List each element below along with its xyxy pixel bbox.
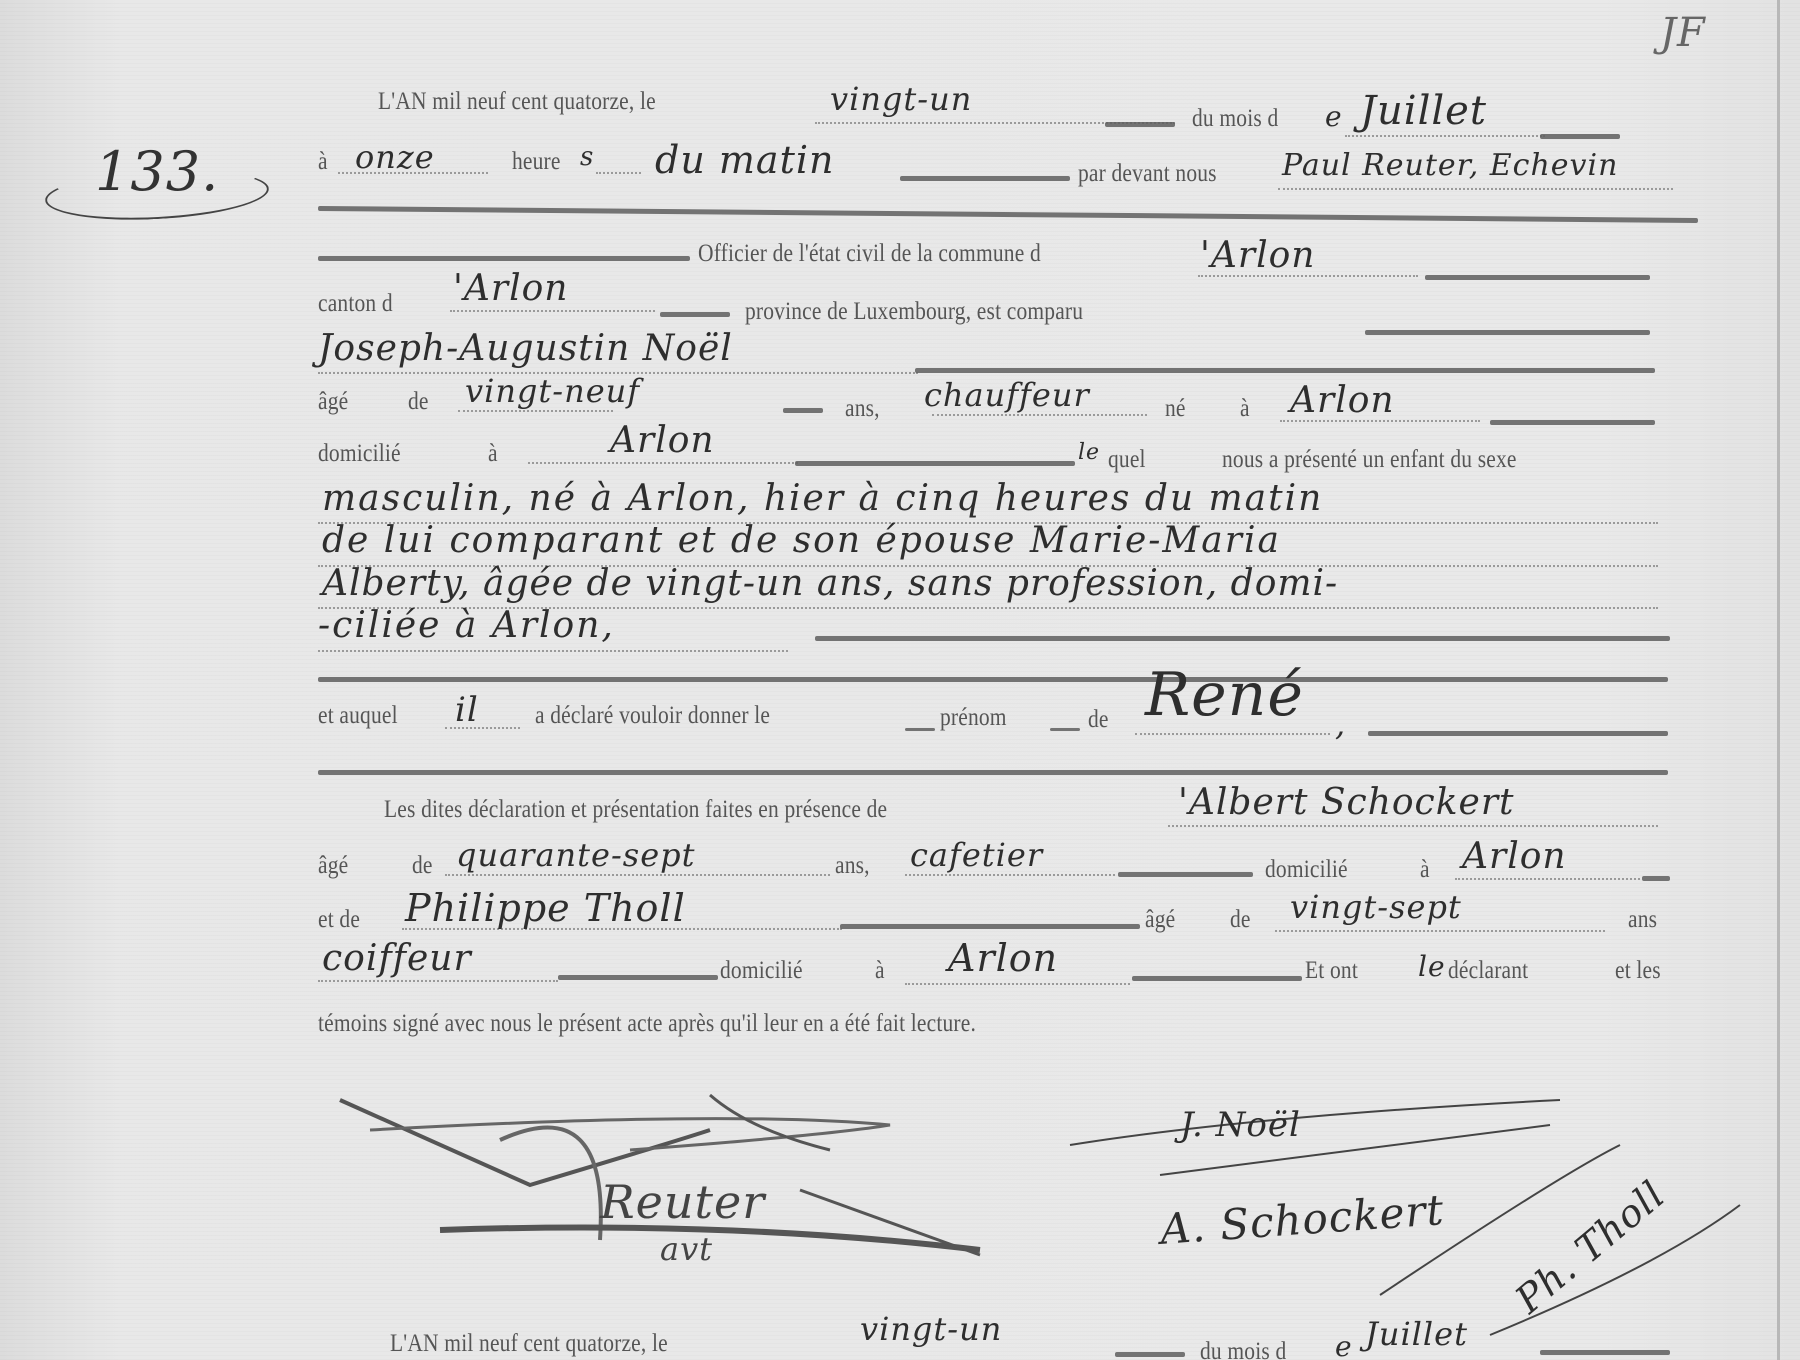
text-canton: canton d — [318, 290, 393, 318]
text-domicilie: domicilié — [318, 440, 401, 468]
text-domicilie: domicilié — [720, 957, 803, 985]
filler-rule — [660, 312, 730, 317]
filler-rule — [1050, 728, 1080, 731]
dotted-field — [932, 414, 1147, 416]
text-declarant: déclarant — [1448, 957, 1528, 985]
field-month-e: e — [1325, 100, 1343, 133]
dotted-field — [1278, 188, 1673, 190]
text-ans: ans — [1628, 906, 1657, 934]
text-age-label: âgé — [318, 852, 348, 880]
filler-rule — [558, 975, 718, 980]
field-age: vingt-neuf — [465, 372, 640, 410]
handwritten-line-3: Alberty, âgée de vingt-un ans, sans prof… — [322, 563, 1338, 604]
text-ne: né — [1165, 395, 1186, 423]
filler-rule — [1642, 876, 1670, 881]
field-witness2: Philippe Tholl — [405, 886, 686, 930]
text-par-devant: par devant nous — [1078, 160, 1217, 188]
text-de: de — [1230, 906, 1251, 934]
handwritten-line-4: -ciliée à Arlon, — [318, 605, 615, 646]
text-officier: Officier de l'état civil de la commune d — [698, 240, 1041, 268]
filler-rule — [840, 924, 1140, 929]
field-age: vingt-sept — [1290, 888, 1462, 926]
text-de: de — [412, 852, 433, 880]
dotted-field — [1168, 825, 1658, 827]
dotted-field — [450, 310, 655, 312]
text-age-label: âgé — [318, 388, 348, 416]
field-commune: 'Arlon — [1200, 235, 1315, 276]
text-declare: a déclaré vouloir donner le — [535, 702, 770, 730]
field-profession: chauffeur — [924, 376, 1090, 414]
signature-declarant: J. Noël — [1180, 1105, 1301, 1145]
dotted-field — [1135, 733, 1330, 735]
full-rule — [318, 770, 1668, 775]
corner-initial-mark: JF — [1660, 10, 1706, 56]
field-comparant: Joseph-Augustin Noël — [318, 328, 733, 369]
field-comma: , — [1335, 705, 1346, 743]
text-month-label: du mois d — [1192, 105, 1278, 133]
text-ans: ans, — [835, 852, 870, 880]
text-a: à — [1420, 856, 1430, 884]
text-et-ont: Et ont — [1305, 957, 1358, 985]
next-act-day: vingt-un — [860, 1310, 1002, 1348]
dotted-field — [1275, 930, 1605, 932]
text-a: à — [488, 440, 498, 468]
dotted-field — [528, 462, 798, 464]
filler-rule — [795, 461, 1075, 466]
text-de: de — [1088, 706, 1109, 734]
field-canton: 'Arlon — [453, 268, 568, 309]
field-age: quarante-sept — [456, 836, 695, 874]
handwritten-line-2: de lui comparant et de son épouse Marie-… — [322, 520, 1281, 561]
field-le: le — [1078, 440, 1100, 465]
field-domicile: Arlon — [1462, 836, 1567, 877]
next-act-month: Juillet — [1365, 1315, 1468, 1353]
next-act-prefix: L'AN mil neuf cent quatorze, le — [390, 1330, 668, 1358]
field-officer: Paul Reuter, Echevin — [1282, 148, 1618, 183]
text-a: à — [875, 957, 885, 985]
field-month: Juillet — [1360, 88, 1487, 134]
field-profession: coiffeur — [322, 938, 472, 979]
field-prenom: René — [1145, 660, 1304, 730]
filler-rule — [1115, 1352, 1185, 1357]
text-province: province de Luxembourg, est comparu — [745, 298, 1083, 326]
filler-rule — [905, 728, 935, 731]
text-quel: quel — [1108, 446, 1146, 474]
next-act-month-label: du mois d — [1200, 1338, 1286, 1360]
signature-officer-name: Reuter — [600, 1175, 765, 1229]
filler-rule — [1540, 1350, 1670, 1355]
filler-rule — [1540, 134, 1620, 139]
field-day: vingt-un — [830, 80, 972, 118]
text-a: à — [318, 148, 328, 176]
field-il: il — [455, 690, 479, 730]
dotted-field — [905, 874, 1115, 876]
filler-rule — [1365, 330, 1650, 335]
text-heures: heure — [512, 148, 561, 176]
filler-rule — [783, 408, 823, 413]
act-number-oval — [44, 164, 270, 225]
dotted-field — [458, 410, 613, 412]
field-domicile: Arlon — [948, 936, 1058, 980]
dotted-field — [1455, 878, 1640, 880]
full-rule — [318, 677, 1668, 682]
text-a: à — [1240, 395, 1250, 423]
filler-rule — [1490, 420, 1655, 425]
field-birthplace: Arlon — [1290, 380, 1395, 421]
dotted-field — [596, 172, 641, 174]
text-age-label: âgé — [1145, 906, 1175, 934]
text-line1-prefix: L'AN mil neuf cent quatorze, le — [378, 88, 656, 116]
full-rule — [318, 206, 1698, 223]
signatures-right: J. Noël A. Schockert Ph. Tholl — [1060, 1065, 1760, 1345]
filler-rule — [1368, 731, 1668, 736]
text-de: de — [408, 388, 429, 416]
dotted-field — [905, 983, 1130, 985]
filler-rule — [915, 368, 1655, 373]
text-et-auquel: et auquel — [318, 702, 398, 730]
filler-rule — [1118, 872, 1253, 877]
field-witness1: 'Albert Schockert — [1178, 782, 1515, 823]
next-act-month-e: e — [1335, 1330, 1353, 1360]
handwritten-line-1: masculin, né à Arlon, hier à cinq heures… — [322, 478, 1323, 519]
field-profession: cafetier — [910, 836, 1043, 874]
signature-officer: Reuter avt — [330, 1080, 990, 1280]
text-dites: Les dites déclaration et présentation fa… — [384, 796, 887, 824]
text-et-les: et les — [1615, 957, 1661, 985]
filler-rule — [1105, 122, 1175, 127]
dotted-field — [318, 650, 788, 652]
filler-rule — [815, 636, 1670, 641]
field-le: le — [1418, 950, 1446, 983]
page-edge-line — [1777, 0, 1780, 1360]
field-time-of-day: du matin — [655, 138, 834, 182]
text-presente: nous a présenté un enfant du sexe — [1222, 446, 1517, 474]
field-domicile: Arlon — [610, 420, 715, 461]
filler-rule — [900, 176, 1070, 181]
text-temoins: témoins signé avec nous le présent acte … — [318, 1010, 976, 1038]
filler-rule — [318, 256, 690, 261]
dotted-field — [1345, 135, 1545, 137]
text-prenom: prénom — [940, 704, 1007, 732]
dotted-field — [445, 874, 830, 876]
filler-rule — [1425, 275, 1650, 280]
field-hour: onze — [355, 138, 435, 176]
text-domicilie: domicilié — [1265, 856, 1348, 884]
field-heures-s: s — [580, 142, 594, 172]
dotted-field — [318, 980, 558, 982]
text-et-de: et de — [318, 906, 360, 934]
text-ans: ans, — [845, 395, 880, 423]
signature-officer-suffix: avt — [660, 1230, 713, 1268]
filler-rule — [1132, 976, 1302, 981]
